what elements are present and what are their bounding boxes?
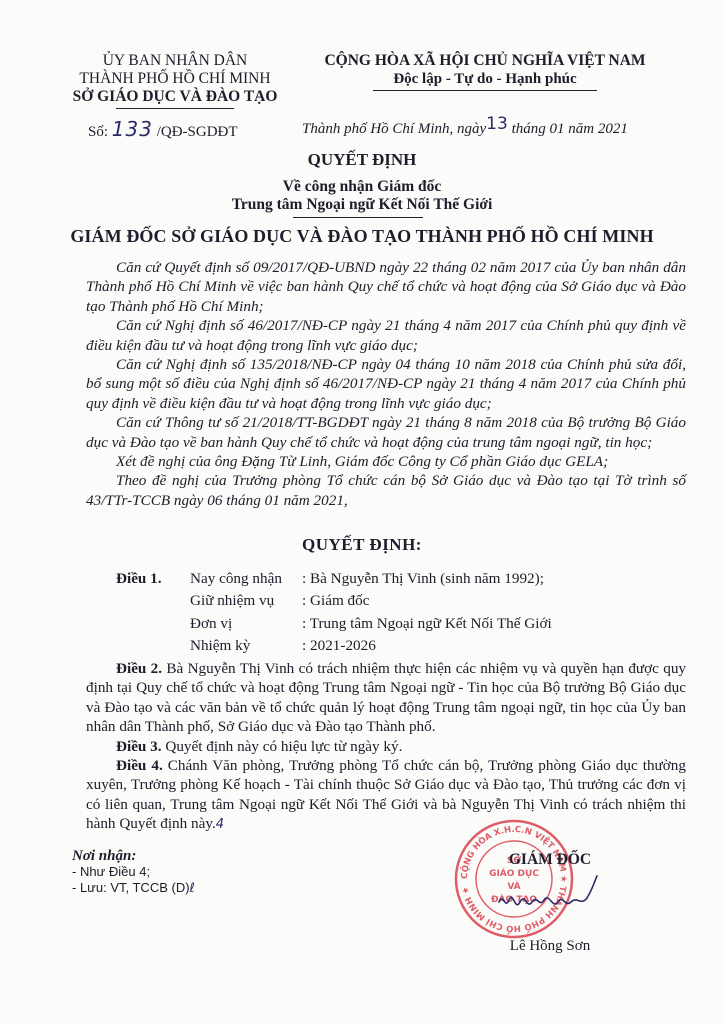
number-label: Số: xyxy=(88,124,108,140)
article-3-text: Quyết định này có hiệu lực từ ngày ký. xyxy=(162,738,403,755)
decision-heading: QUYẾT ĐỊNH: xyxy=(0,535,724,555)
basis-item: Xét đề nghị của ông Đặng Từ Linh, Giám đ… xyxy=(86,452,686,471)
number-suffix: /QĐ-SGDĐT xyxy=(157,124,238,140)
field-value: : Bà Nguyễn Thị Vinh (sinh năm 1992); xyxy=(302,569,544,588)
basis-item: Căn cứ Nghị định số 46/2017/NĐ-CP ngày 2… xyxy=(86,316,686,355)
basis-item: Theo đề nghị của Trưởng phòng Tổ chức cá… xyxy=(86,471,686,510)
signer-title: GIÁM ĐỐC xyxy=(470,851,630,869)
recipients-heading: Nơi nhận: xyxy=(72,848,195,864)
field-label: Nay công nhận xyxy=(190,569,302,588)
field-value: : 2021-2026 xyxy=(302,636,376,655)
signer-name: Lê Hồng Sơn xyxy=(470,938,630,955)
authority-heading: GIÁM ĐỐC SỞ GIÁO DỤC VÀ ĐÀO TẠO THÀNH PH… xyxy=(0,226,724,247)
field-label: Nhiệm kỳ xyxy=(190,636,302,655)
article-4: Điều 4. Chánh Văn phòng, Trưởng phòng Tổ… xyxy=(86,756,686,835)
basis-item: Căn cứ Nghị định số 135/2018/NĐ-CP ngày … xyxy=(86,355,686,413)
articles: Điều 1. Nay công nhận : Bà Nguyễn Thị Vi… xyxy=(86,567,686,835)
article-2-label: Điều 2. xyxy=(116,660,162,677)
subject-underline xyxy=(293,217,423,218)
field-label: Giữ nhiệm vụ xyxy=(190,591,302,610)
article-2: Điều 2. Bà Nguyễn Thị Vinh có trách nhiệ… xyxy=(86,659,686,737)
subject-line-1: Về công nhận Giám đốc xyxy=(0,178,724,196)
article-1: Điều 1. Nay công nhận : Bà Nguyễn Thị Vi… xyxy=(86,567,686,657)
basis-item: Căn cứ Thông tư số 21/2018/TT-BGDĐT ngày… xyxy=(86,413,686,452)
recipient-item: - Như Điều 4; xyxy=(72,864,195,880)
recipients: Nơi nhận: - Như Điều 4; - Lưu: VT, TCCB … xyxy=(72,848,195,897)
article-1-label: Điều 1. xyxy=(116,569,190,588)
document-date: Thành phố Hồ Chí Minh, ngày13 tháng 01 n… xyxy=(302,118,628,138)
legal-basis: Căn cứ Quyết định số 09/2017/QĐ-UBND ngà… xyxy=(86,258,686,510)
document-number: Số: 133 /QĐ-SGDĐT xyxy=(88,117,238,141)
article-1-row: Đơn vị : Trung tâm Ngoại ngữ Kết Nối Thế… xyxy=(86,612,686,635)
date-suffix: tháng 01 năm 2021 xyxy=(512,121,628,137)
article-2-text: Bà Nguyễn Thị Vinh có trách nhiệm thực h… xyxy=(86,660,686,735)
national-motto: Độc lập - Tự do - Hạnh phúc xyxy=(373,70,596,91)
handwritten-initials: ℓ xyxy=(190,881,195,896)
number-handwritten: 133 xyxy=(112,117,153,141)
article-3-label: Điều 3. xyxy=(116,738,162,755)
country-name: CỘNG HÒA XÃ HỘI CHỦ NGHĨA VIỆT NAM xyxy=(300,52,670,70)
authority-underline xyxy=(116,108,234,109)
article-3: Điều 3. Quyết định này có hiệu lực từ ng… xyxy=(86,737,686,756)
article-1-row: Giữ nhiệm vụ : Giám đốc xyxy=(86,590,686,613)
field-value: : Giám đốc xyxy=(302,591,369,610)
date-prefix: Thành phố Hồ Chí Minh, ngày xyxy=(302,121,486,137)
field-value: : Trung tâm Ngoại ngữ Kết Nối Thế Giới xyxy=(302,614,552,633)
date-day-handwritten: 13 xyxy=(486,114,508,134)
basis-item: Căn cứ Quyết định số 09/2017/QĐ-UBND ngà… xyxy=(86,258,686,316)
recipient-item: - Lưu: VT, TCCB (D)ℓ xyxy=(72,880,195,897)
authority-line-1: ỦY BAN NHÂN DÂN xyxy=(60,52,290,70)
issuing-authority: ỦY BAN NHÂN DÂN THÀNH PHỐ HỒ CHÍ MINH SỞ… xyxy=(60,52,290,109)
article-texts: Điều 2. Bà Nguyễn Thị Vinh có trách nhiệ… xyxy=(86,659,686,835)
handwritten-initials: 4 xyxy=(216,817,224,832)
document-title: QUYẾT ĐỊNH xyxy=(0,150,724,170)
field-label: Đơn vị xyxy=(190,614,302,633)
subject-line-2: Trung tâm Ngoại ngữ Kết Nối Thế Giới xyxy=(0,196,724,214)
signature-icon xyxy=(495,872,605,922)
article-4-label: Điều 4. xyxy=(116,757,163,774)
article-1-row: Điều 1. Nay công nhận : Bà Nguyễn Thị Vi… xyxy=(86,567,686,590)
authority-line-2: THÀNH PHỐ HỒ CHÍ MINH xyxy=(60,70,290,88)
article-1-row: Nhiệm kỳ : 2021-2026 xyxy=(86,635,686,658)
authority-line-3: SỞ GIÁO DỤC VÀ ĐÀO TẠO xyxy=(60,88,290,106)
document-page: ỦY BAN NHÂN DÂN THÀNH PHỐ HỒ CHÍ MINH SỞ… xyxy=(0,0,724,1024)
article-4-text: Chánh Văn phòng, Trưởng phòng Tổ chức cá… xyxy=(86,757,686,832)
national-header: CỘNG HÒA XÃ HỘI CHỦ NGHĨA VIỆT NAM Độc l… xyxy=(300,52,670,91)
